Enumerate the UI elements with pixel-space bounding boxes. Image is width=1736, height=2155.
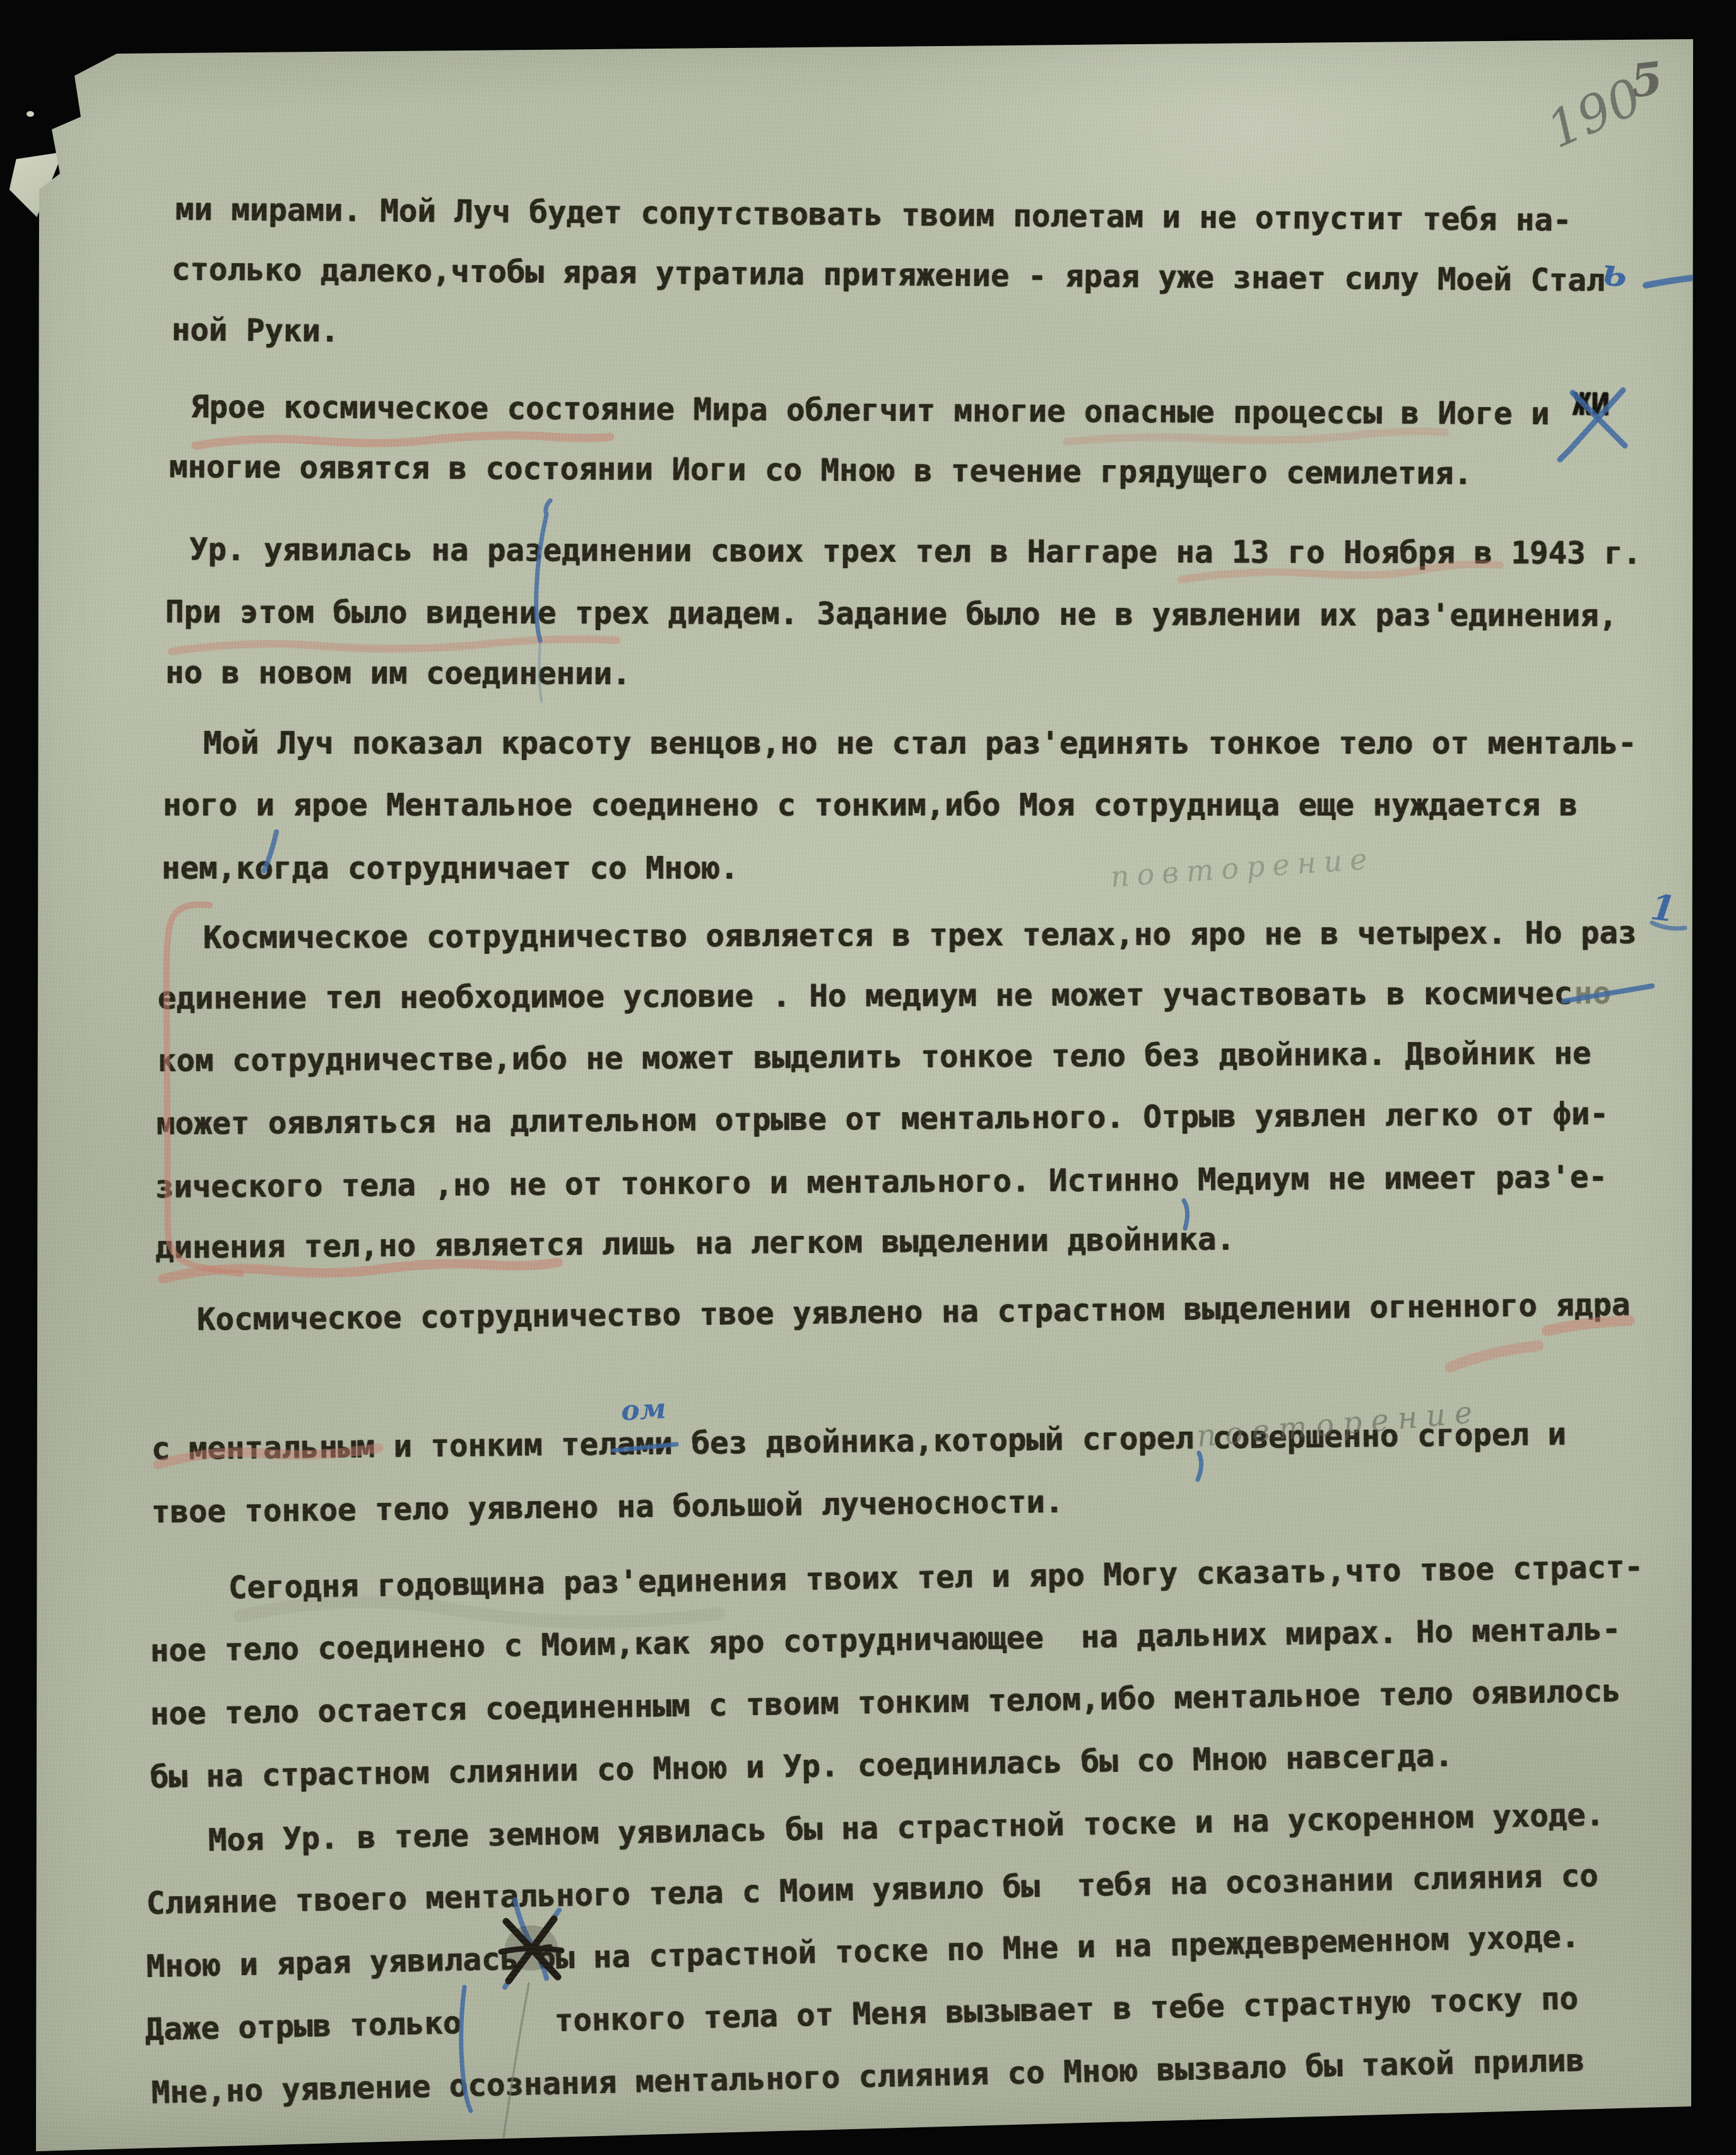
typewritten-line: зического тела ,но не от тонкого и мента… — [155, 1159, 1607, 1206]
struck-typed-letters: но — [1574, 975, 1611, 1011]
paper-speck — [27, 111, 34, 117]
typewritten-line: Космическое сотрудничество оявляется в т… — [203, 915, 1637, 956]
typewritten-line: Сегодня годовщина раз'единения твоих тел… — [228, 1549, 1644, 1606]
typewritten-line: Ур. уявилась на разединении своих трех т… — [189, 531, 1641, 572]
typewritten-line: бы на страстном слиянии со Мною и Ур. со… — [150, 1738, 1454, 1796]
typewritten-line: ком сотрудничестве,ибо не может выделить… — [158, 1035, 1591, 1079]
typewritten-line: но в новом им соединении. — [165, 655, 631, 692]
blue-dash-after-softsign — [1646, 276, 1706, 285]
red-underline-processy — [1066, 431, 1445, 442]
blue-comma-sgorel — [1198, 1453, 1202, 1480]
typewritten-line: столько далеко,чтобы ярая утратила притя… — [172, 251, 1605, 299]
overtyped-crossed-letters: ЖИ — [1573, 386, 1610, 422]
pencil-note-repeat-1: повторение — [1109, 841, 1376, 894]
typewritten-line: Моя Ур. в теле земном уявилась бы на стр… — [208, 1796, 1604, 1859]
document-page: ми мирами. Мой Луч будет сопутствовать т… — [0, 0, 1736, 2155]
typewritten-line: ное тело остается соединенным с твоим то… — [150, 1673, 1621, 1733]
typewritten-line: может оявляться на длительном отрыве от … — [156, 1096, 1609, 1143]
typewritten-line: Мною и ярая уявилась бы на страстной тос… — [146, 1918, 1580, 1985]
typewritten-line: многие оявятся в состоянии Иоги со Мною … — [169, 449, 1472, 492]
red-mark-yadra-2 — [1450, 1346, 1538, 1367]
typewritten-line: Мне,но уявление осознания ментального сл… — [151, 2042, 1585, 2111]
typewritten-line: Мой Луч показал красоту венцов,но не ста… — [203, 725, 1637, 762]
typewritten-line: Космическое сотрудничество твое уявлено … — [197, 1286, 1631, 1338]
typewritten-line: Ярое космическое состояние Мира облегчит… — [191, 389, 1550, 432]
typewritten-line: твое тонкое тело уявлено на большой луче… — [151, 1484, 1064, 1531]
typewritten-line: ного и ярое Ментальное соединено с тонки… — [163, 787, 1578, 824]
typewritten-line: Даже отрыв только тонкого тела от Меня в… — [145, 1980, 1578, 2048]
blue-superscript-one: 1 — [1648, 886, 1678, 930]
typewritten-line: ной Руки. — [172, 312, 340, 350]
red-underline-pri-etom — [172, 639, 617, 651]
red-margin-bracket — [167, 905, 241, 1274]
blue-softsign-correction: ь — [1600, 250, 1629, 296]
typewritten-line: нем,когда сотрудничает со Мною. — [162, 850, 739, 887]
typewritten-line: единение тел необходимое условие . Но ме… — [158, 975, 1573, 1017]
typewritten-line: Слияние твоего ментального тела с Моим у… — [146, 1858, 1598, 1922]
typewritten-line: ми мирами. Мой Луч будет сопутствовать т… — [175, 191, 1572, 239]
blue-om-correction: ом — [620, 1392, 667, 1427]
typewritten-line: динения тел,но является лишь на легком в… — [155, 1221, 1235, 1266]
red-underline-yaroe — [196, 436, 610, 446]
scan-background: ми мирами. Мой Луч будет сопутствовать т… — [0, 0, 1736, 2155]
typewritten-line: При этом было видение трех диадем. Задан… — [165, 594, 1617, 634]
typewritten-line: ное тело соединено с Моим,как яро сотруд… — [150, 1611, 1621, 1670]
